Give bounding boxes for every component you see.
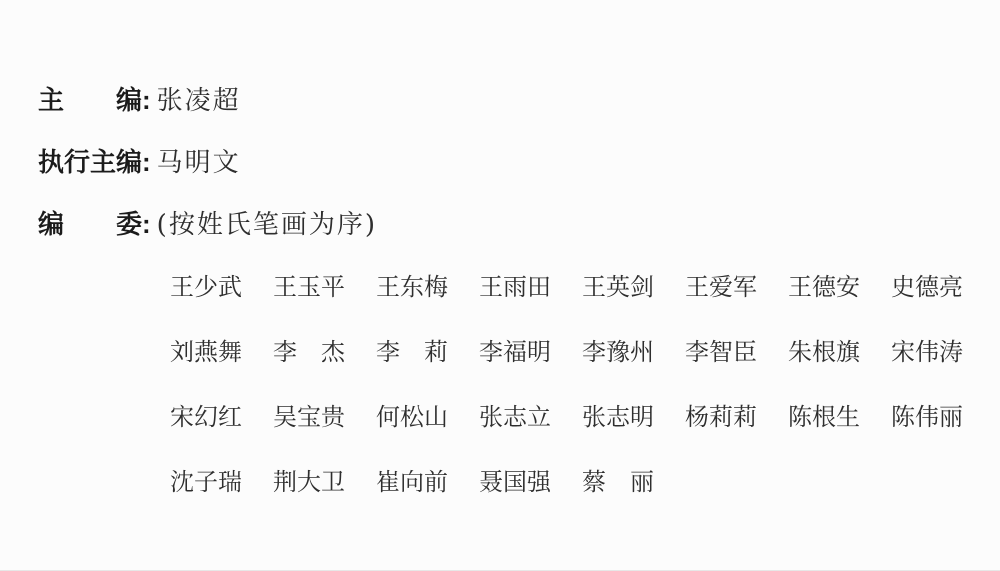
board-member-name: 王爱军: [685, 269, 757, 305]
board-member-name: 陈伟丽: [891, 399, 963, 435]
editorial-board-line: 编 委: (按姓氏笔画为序): [38, 206, 1000, 242]
board-member-name: 聂国强: [479, 464, 551, 500]
board-member-name: 张志立: [479, 399, 551, 435]
board-member-name: 史德亮: [891, 269, 963, 305]
board-member-name: 王东梅: [376, 269, 448, 305]
board-member-name: 崔向前: [376, 464, 448, 500]
board-member-name: 朱根旗: [788, 334, 860, 370]
board-member-name: 王德安: [788, 269, 860, 305]
editorial-board-label: 编 委:: [38, 209, 151, 239]
editorial-board-sort-note: (按姓氏笔画为序): [157, 210, 377, 240]
board-member-name: 宋幻红: [170, 399, 242, 435]
board-member-name: 蔡 丽: [582, 464, 654, 500]
chief-editor-name: 张凌超: [157, 86, 241, 116]
executive-chief-editor-line: 执行主编: 马明文: [38, 144, 1000, 180]
board-member-name: 王雨田: [479, 269, 551, 305]
board-member-name: 李 杰: [273, 334, 345, 370]
board-member-name: 李 莉: [376, 334, 448, 370]
executive-chief-editor-label: 执行主编:: [38, 147, 151, 177]
chief-editor-line: 主 编: 张凌超: [38, 82, 1000, 118]
board-member-name: 李智臣: [685, 334, 757, 370]
masthead: 主 编: 张凌超 执行主编: 马明文 编 委: (按姓氏笔画为序): [0, 0, 1000, 242]
editorial-board-grid: 王少武王玉平王东梅王雨田王英剑王爱军王德安史德亮刘燕舞李 杰李 莉李福明李豫州李…: [170, 269, 1000, 500]
board-member-name: 张志明: [582, 399, 654, 435]
board-member-name: 荆大卫: [273, 464, 345, 500]
board-member-name: 陈根生: [788, 399, 860, 435]
board-member-name: 李豫州: [582, 334, 654, 370]
board-member-name: 李福明: [479, 334, 551, 370]
board-member-name: 王少武: [170, 269, 242, 305]
board-member-name: 刘燕舞: [170, 334, 242, 370]
board-member-name: 宋伟涛: [891, 334, 963, 370]
chief-editor-label: 主 编:: [38, 85, 151, 115]
document-page: 主 编: 张凌超 执行主编: 马明文 编 委: (按姓氏笔画为序) 王少武王玉平…: [0, 0, 1000, 571]
board-member-name: 杨莉莉: [685, 399, 757, 435]
executive-chief-editor-name: 马明文: [157, 148, 241, 178]
board-member-name: 何松山: [376, 399, 448, 435]
board-member-name: 吴宝贵: [273, 399, 345, 435]
board-member-name: 沈子瑞: [170, 464, 242, 500]
board-member-name: 王英剑: [582, 269, 654, 305]
board-member-name: 王玉平: [273, 269, 345, 305]
